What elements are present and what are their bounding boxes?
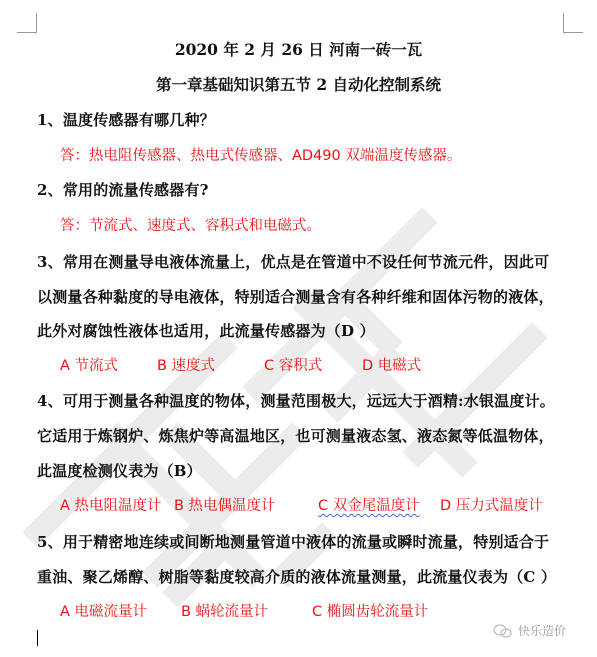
text-cursor[interactable]: [37, 630, 38, 646]
page-corner-mark-top-right: [563, 13, 583, 33]
question-4-option-c: C 双金尾温度计: [318, 496, 420, 516]
question-3-line-2: 以测量各种黏度的导电液体，特别适合测量含有各种纤维和固体污物的液体，: [37, 287, 554, 307]
question-5-option-b: B 蜗轮流量计: [181, 602, 268, 622]
question-4-line-2: 它适用于炼钢炉、炼焦炉等高温地区，也可测量液态氢、液态氮等低温物体，: [37, 426, 554, 446]
document-title-date: 2020 年 2 月 26 日 河南一砖一瓦: [0, 40, 597, 60]
question-5-line-2: 重油、聚乙烯醇、树脂等黏度较高介质的液体流量测量，此流量仪表为（C ）: [37, 567, 556, 587]
answer-1: 答：热电阻传感器、热电式传感器、AD490 双端温度传感器。: [60, 146, 461, 166]
page-corner-mark-top-left: [17, 13, 37, 33]
question-3-option-a: A 节流式: [60, 356, 118, 376]
wechat-icon: [493, 623, 513, 639]
question-4-line-3: 此温度检测仪表为（B）: [37, 461, 202, 481]
question-4-line-1: 4、可用于测量各种温度的物体，测量范围极大，远远大于酒精:水银温度计。: [37, 391, 555, 411]
question-3-line-1: 3、常用在测量导电液体流量上，优点是在管道中不设任何节流元件，因此可: [37, 252, 549, 272]
question-5-line-1: 5、用于精密地连续或间断地测量管道中液体的流量或瞬时流量，特别适合于: [37, 532, 549, 552]
source-badge-label: 快乐造价: [518, 622, 566, 639]
answer-2: 答：节流式、速度式、容积式和电磁式。: [60, 216, 321, 236]
question-2: 2、常用的流量传感器有?: [37, 180, 209, 200]
document-title-chapter: 第一章基础知识第五节 2 自动化控制系统: [0, 75, 597, 95]
question-3-line-3: 此外对腐蚀性液体也适用，此流量传感器为（D ）: [37, 321, 375, 341]
question-1: 1、温度传感器有哪几种？: [37, 110, 215, 130]
question-3-option-d: D 电磁式: [362, 356, 421, 376]
question-4-option-b: B 热电偶温度计: [174, 496, 276, 516]
question-4-option-d: D 压力式温度计: [440, 496, 543, 516]
question-3-option-c: C 容积式: [264, 356, 322, 376]
question-5-option-c: C 椭圆齿轮流量计: [312, 602, 428, 622]
question-3-option-b: B 速度式: [157, 356, 215, 376]
question-5-option-a: A 电磁流量计: [60, 602, 147, 622]
source-badge: 快乐造价: [493, 622, 566, 639]
question-4-option-a: A 热电阻温度计: [60, 496, 162, 516]
